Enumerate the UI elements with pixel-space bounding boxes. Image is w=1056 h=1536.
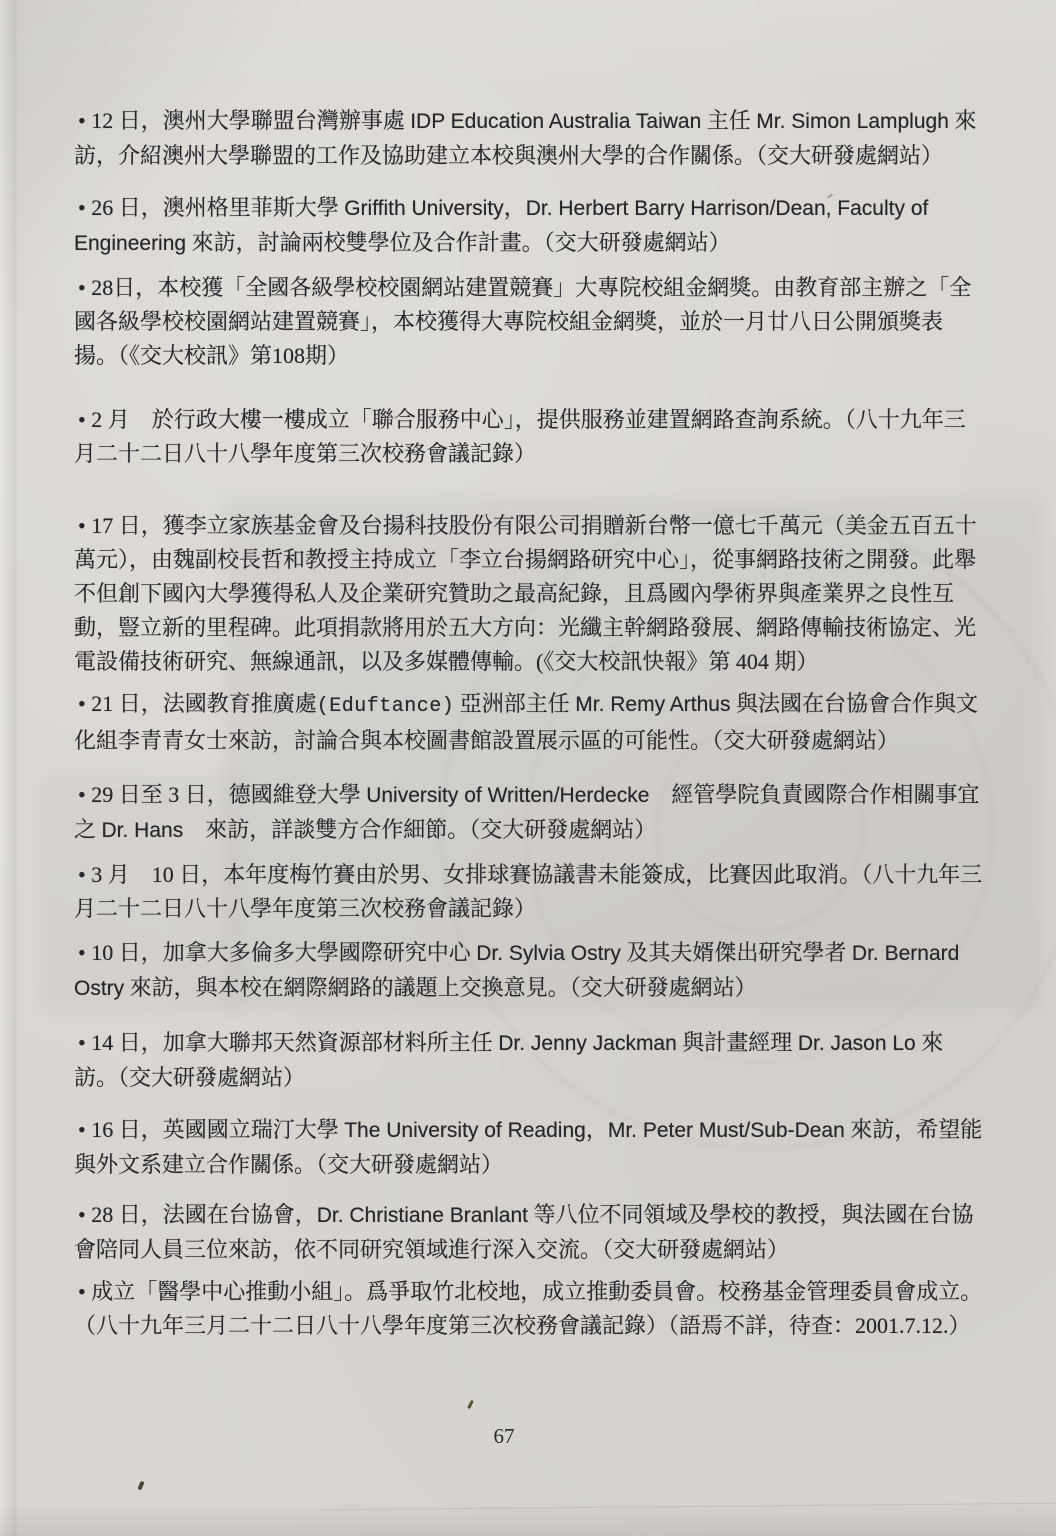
latin-text: Dr. Hans (102, 819, 184, 842)
chinese-text: • 17 日，獲李立家族基金會及台揚科技股份有限公司捐贈新台幣一億七千萬元（美金… (74, 513, 977, 674)
paper-speck (467, 1400, 474, 1409)
bullet-item: • 14 日，加拿大聯邦天然資源部材料所主任 Dr. Jenny Jackman… (74, 1026, 986, 1095)
chinese-text: 來訪，與本校在網際網路的議題上交換意見。（交大研發處網站） (124, 975, 757, 1000)
chinese-text: • 3 月 10 日，本年度梅竹賽由於男、女排球賽協議書未能簽成，比賽因此取消。… (74, 862, 982, 921)
latin-text: Dr. Sylvia Ostry (476, 942, 621, 965)
bullet-item: • 3 月 10 日，本年度梅竹賽由於男、女排球賽協議書未能簽成，比賽因此取消。… (74, 858, 986, 926)
chinese-text: 來訪，詳談雙方合作細節。（交大研發處網站） (183, 817, 656, 842)
chinese-text: • 28 日，法國在台協會， (78, 1202, 317, 1227)
bullet-list: • 12 日，澳州大學聯盟台灣辦事處 IDP Education Austral… (74, 104, 986, 1343)
chinese-text: ， (586, 1117, 608, 1142)
bullet-item: • 成立「醫學中心推動小組」。爲爭取竹北校地，成立推動委員會。校務基金管理委員會… (74, 1275, 986, 1343)
chinese-text: • 10 日，加拿大多倫多大學國際研究中心 (78, 940, 476, 965)
page-content: • 12 日，澳州大學聯盟台灣辦事處 IDP Education Austral… (74, 0, 986, 1343)
latin-text: Dr. Jason Lo (798, 1032, 916, 1055)
bullet-item: • 16 日，英國國立瑞汀大學 The University of Readin… (74, 1113, 986, 1182)
chinese-text: • 29 日至 3 日，德國維登大學 (78, 782, 366, 807)
chinese-text: • 2 月 於行政大樓一樓成立「聯合服務中心」，提供服務並建置網路查詢系統。（八… (74, 407, 966, 466)
bullet-item: • 12 日，澳州大學聯盟台灣辦事處 IDP Education Austral… (74, 104, 986, 173)
bullet-item: • 10 日，加拿大多倫多大學國際研究中心 Dr. Sylvia Ostry 及… (74, 936, 986, 1006)
latin-text: Mr. Simon Lamplugh (756, 110, 949, 133)
latin-text: Mr. Remy Arthus (575, 693, 730, 716)
typewriter-text: (Eduftance) (317, 695, 455, 718)
latin-text: IDP Education Australia Taiwan (410, 110, 701, 133)
latin-text: Dr. Jenny Jackman (498, 1032, 677, 1055)
chinese-text: • 12 日，澳州大學聯盟台灣辦事處 (78, 108, 410, 133)
scan-left-edge (0, 0, 18, 1536)
chinese-text: • 16 日，英國國立瑞汀大學 (78, 1117, 344, 1142)
bullet-item: • 28 日，法國在台協會，Dr. Christiane Branlant 等八… (74, 1198, 986, 1267)
chinese-text: 主任 (701, 108, 756, 133)
chinese-text: ， (504, 195, 526, 220)
chinese-text: • 28日，本校獲「全國各級學校校園網站建置競賽」大專院校組金網獎。由教育部主辦… (74, 275, 971, 368)
latin-text: Dr. Christiane Branlant (317, 1204, 528, 1227)
chinese-text: • 成立「醫學中心推動小組」。爲爭取竹北校地，成立推動委員會。校務基金管理委員會… (74, 1279, 982, 1338)
latin-text: Griffith University (344, 197, 503, 220)
chinese-text: • 26 日，澳州格里菲斯大學 (78, 195, 344, 220)
bullet-item: • 2 月 於行政大樓一樓成立「聯合服務中心」，提供服務並建置網路查詢系統。（八… (74, 403, 986, 471)
bullet-item: • 26 日，澳州格里菲斯大學 Griffith University，Dr. … (74, 191, 986, 261)
bullet-item: • 28日，本校獲「全國各級學校校園網站建置競賽」大專院校組金網獎。由教育部主辦… (74, 271, 986, 373)
chinese-text: 及其夫婿傑出研究學者 (621, 940, 852, 965)
chinese-text: • 14 日，加拿大聯邦天然資源部材料所主任 (78, 1030, 498, 1055)
chinese-text: 亞洲部主任 (454, 691, 575, 716)
latin-text: Mr. Peter Must/Sub-Dean (608, 1119, 845, 1142)
bullet-item: • 29 日至 3 日，德國維登大學 University of Written… (74, 778, 986, 848)
paper-speck (137, 1481, 144, 1491)
bullet-item: • 17 日，獲李立家族基金會及台揚科技股份有限公司捐贈新台幣一億七千萬元（美金… (74, 509, 986, 679)
bullet-item: • 21 日，法國教育推廣處(Eduftance) 亞洲部主任 Mr. Remy… (74, 687, 986, 758)
chinese-text: 來訪，討論兩校雙學位及合作計畫。（交大研發處網站） (186, 230, 731, 255)
latin-text: The University of Reading (344, 1119, 586, 1142)
chinese-text: 與計畫經理 (677, 1030, 798, 1055)
latin-text: University of Written/Herdecke (366, 784, 649, 807)
chinese-text: • 21 日，法國教育推廣處 (78, 691, 317, 716)
page-number: 67 (74, 1424, 934, 1449)
scan-bottom-shadow (0, 1502, 1056, 1536)
